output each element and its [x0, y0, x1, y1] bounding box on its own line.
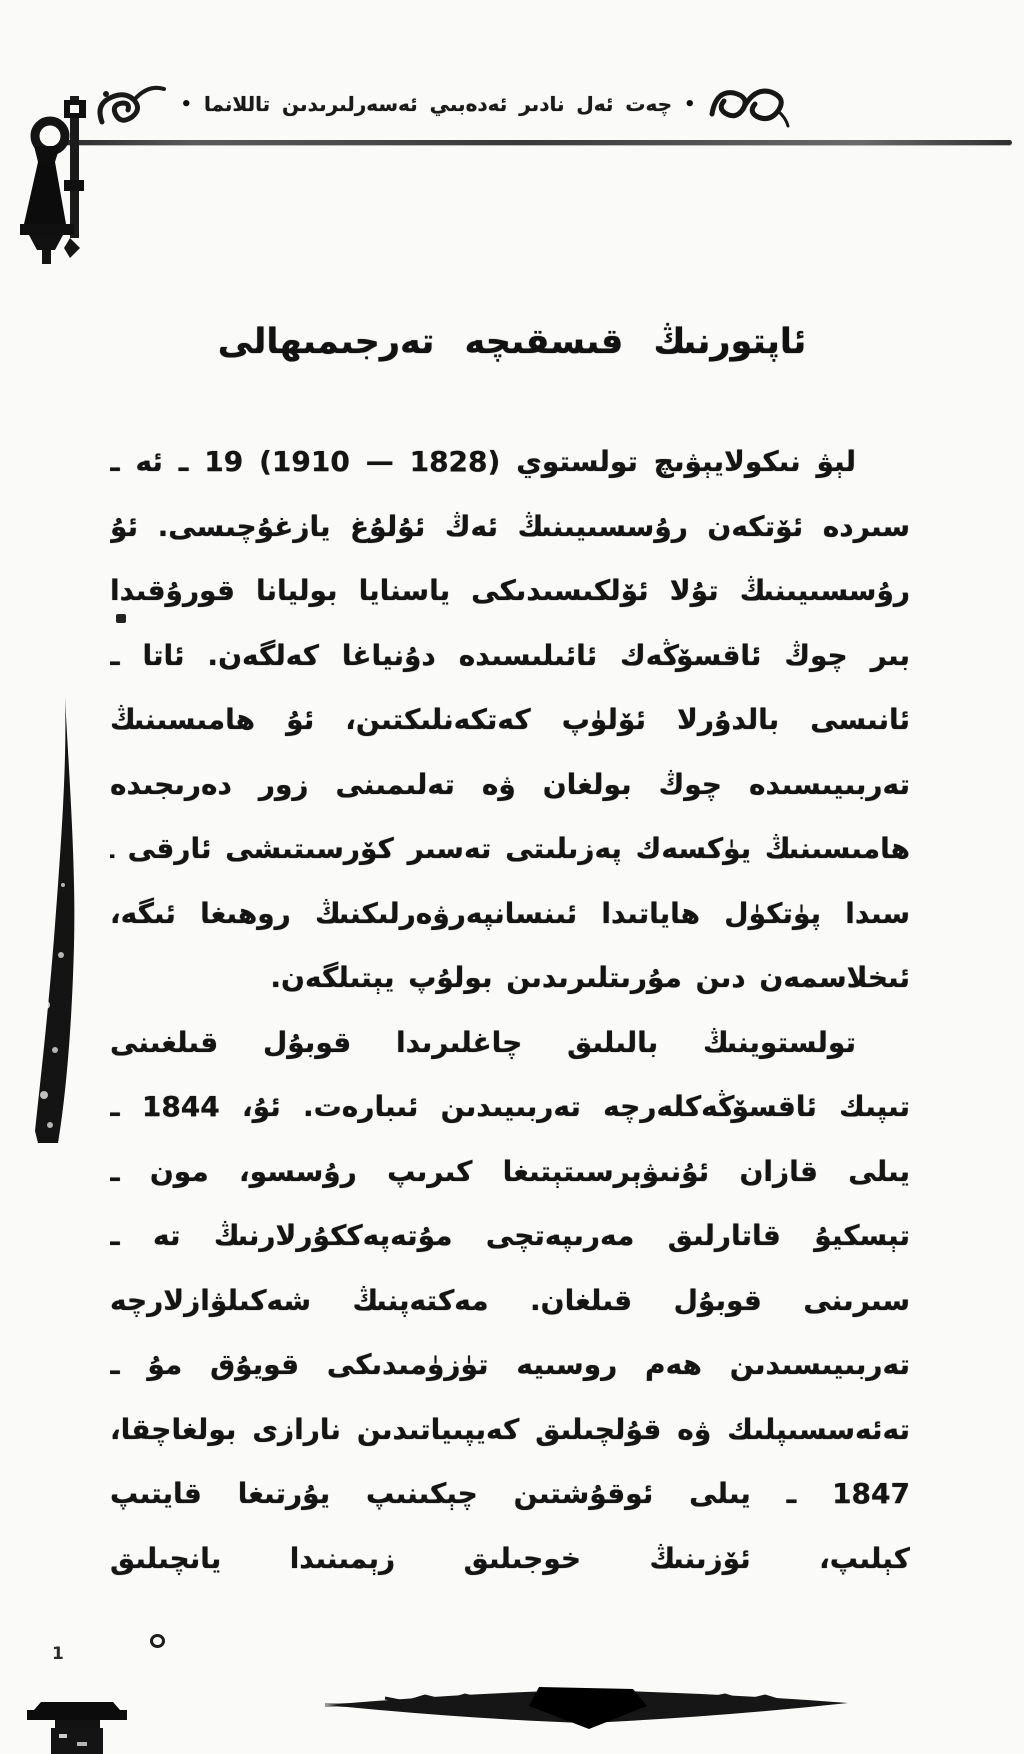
scanned-book-page: • چەت ئەل نادىر ئەدەبىي ئەسەرلىرىدىن تال…: [0, 0, 1024, 1754]
text-line: سىرىنى قوبۇل قىلغان. مەكتەپنىڭ شەكىلۋازل…: [110, 1269, 910, 1334]
feather-spike-icon: [28, 695, 92, 1145]
scan-speck: [116, 614, 126, 623]
page-number: 1: [52, 1644, 64, 1664]
text-line: تەربىيىسىدىن ھەم روسىيە تۈزۈمىدىكى قويۇق…: [110, 1333, 910, 1398]
text-line: ھامىسىنىڭ يۈكسەك پەزىلىتى تەسىر كۆرسىتىش…: [110, 817, 910, 882]
text-line: تېسكيۇ قاتارلىق مەرىپەتچى مۇتەپەككۇرلارن…: [110, 1204, 910, 1269]
text-line: تولستوينىڭ بالىلىق چاغلىرىدا قوبۇل قىلغى…: [110, 1011, 910, 1076]
text-line: تىپىك ئاقسۆڭەكلەرچە تەربىيىدىن ئىبارەت. …: [110, 1075, 910, 1140]
text-line: 1847 ـ يىلى ئوقۇشتىن چېكىنىپ يۇرتىغا قاي…: [110, 1462, 910, 1527]
page-title: ئاپتورنىڭ قىسقىچە تەرجىمىھالى: [0, 322, 1024, 362]
pedestal-urn-icon: [25, 1694, 130, 1754]
text-line: بىر چوڭ ئاقسۆڭەك ئائىلىسىدە دۇنياغا كەلگ…: [110, 624, 910, 689]
text-line: يىلى قازان ئۇنىۋېرسىتېتىغا كىرىپ رۇسسو، …: [110, 1140, 910, 1205]
text-line: ئىخلاسمەن دىن مۇرىتلىرىدىن بولۇپ يېتىلگە…: [110, 946, 910, 1011]
text-line: كېلىپ، ئۆزىنىڭ خوجىلىق زېمىنىدا يانچىلىق: [110, 1527, 910, 1592]
header-rule: [62, 140, 1012, 145]
swirl-flourish-icon: [708, 78, 790, 130]
rose-flourish-icon: [96, 80, 168, 128]
scan-speck: [150, 1634, 165, 1648]
text-line: تەئەسسىپلىك ۋە قۇلچىلىق كەيپىياتىدىن نار…: [110, 1398, 910, 1463]
header-bullet-right: •: [684, 94, 696, 115]
text-line: ئانىسى بالدۇرلا ئۆلۈپ كەتكەنلىكتىن، ئۇ ھ…: [110, 688, 910, 753]
text-line: سىدا پۈتكۈل ھاياتىدا ئىنسانپەرۋەرلىكنىڭ …: [110, 882, 910, 947]
text-line: تەربىيىسىدە چوڭ بولغان ۋە تەلىمىنى زور د…: [110, 753, 910, 818]
header-bullet-left: •: [180, 94, 192, 115]
text-line: سىردە ئۆتكەن رۇسسىيىنىڭ ئەڭ ئۇلۇغ يازغۇچ…: [110, 495, 910, 560]
text-line: لېۋ نىكولايېۋىچ تولستوي (1828 — 1910) 19…: [110, 430, 910, 495]
serrated-diamond-rule-icon: [325, 1686, 850, 1730]
hanging-bell-lamp-icon: [14, 96, 98, 268]
header-title: چەت ئەل نادىر ئەدەبىي ئەسەرلىرىدىن تاللا…: [204, 92, 672, 116]
text-line: رۇسسىيىنىڭ تۇلا ئۆلكىسىدىكى ياسنايا بولي…: [110, 559, 910, 624]
running-header: • چەت ئەل نادىر ئەدەبىي ئەسەرلىرىدىن تال…: [48, 82, 838, 126]
body-text: لېۋ نىكولايېۋىچ تولستوي (1828 — 1910) 19…: [110, 430, 910, 1591]
